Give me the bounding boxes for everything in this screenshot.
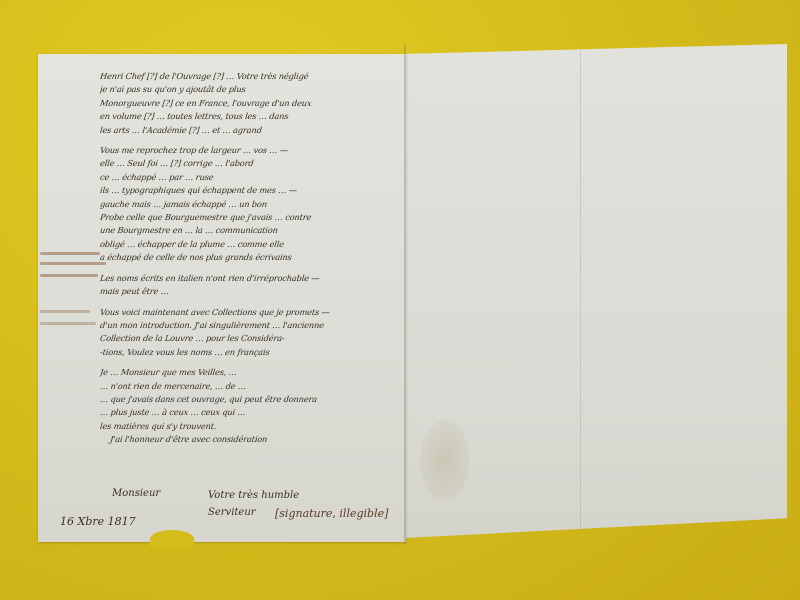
letter-line: Les noms écrits en italien n'ont rien d'… [99, 272, 400, 285]
center-fold [404, 44, 406, 544]
letter-line: une Bourgmestre en … la … communication [99, 224, 400, 237]
letter-line: mais peut être … [99, 285, 400, 298]
salutation: Monsieur [112, 488, 160, 499]
letter-line: obligé … échapper de la plume … comme el… [99, 238, 400, 251]
letter-line: a échappé de celle de nos plus grands éc… [99, 251, 400, 264]
paper-crease [580, 50, 581, 530]
letter-line: les matières qui s'y trouvent. [99, 420, 400, 433]
letter-line: Collection de la Louvre … pour les Consi… [99, 332, 400, 345]
letter-line: Je … Monsieur que mes Veilles, … [99, 366, 400, 379]
letter-line: J'ai l'honneur d'être avec considération [99, 433, 400, 446]
letter-line: Probe celle que Bourguemestre que j'avai… [99, 211, 400, 224]
closing-line: Serviteur [208, 507, 256, 518]
letter-line: je n'ai pas su qu'on y ajoutât de plus [99, 83, 400, 96]
bleed-through-mark [40, 322, 96, 325]
signature: [signature, illegible] [275, 507, 388, 520]
letter-body: Henri Chef [?] de l'Ouvrage [?] … Votre … [100, 70, 400, 447]
bleed-through-mark [40, 310, 90, 313]
letter-line: ils … typographiques qui échappent de me… [99, 184, 400, 197]
torn-corner [150, 530, 194, 548]
letter-line: les arts … l'Académie [?] … et … agrand [99, 124, 400, 137]
letter-line: Vous voici maintenant avec Collections q… [99, 306, 400, 319]
letter-line: d'un mon introduction. J'ai singulièreme… [99, 319, 400, 332]
letter-line: elle … Seul foi … [?] corrige … l'abord [99, 157, 400, 170]
paper-stain [420, 420, 470, 500]
letter-line: … n'ont rien de mercenaire, … de … [99, 380, 400, 393]
letter-line: … que j'avais dans cet ouvrage, qui peut… [99, 393, 400, 406]
letter-line: Henri Chef [?] de l'Ouvrage [?] … Votre … [99, 70, 400, 83]
letter-line: … plus juste … à ceux … ceux qui … [99, 406, 400, 419]
bleed-through-mark [40, 262, 106, 265]
bleed-through-mark [40, 274, 98, 277]
bleed-through-mark [40, 252, 100, 255]
closing-line: Votre très humble [208, 490, 299, 501]
letter-date: 16 Xbre 1817 [60, 515, 136, 528]
letter-line: en volume [?] … toutes lettres, tous les… [99, 110, 400, 123]
letter-line: Monorgueuvre [?] ce en France, l'ouvrage… [99, 97, 400, 110]
letter-line: gauche mais … jamais échappé … un bon [99, 198, 400, 211]
letter-line: Vous me reprochez trop de largeur … vos … [99, 144, 400, 157]
letter-line: -tions, Voulez vous les noms … en frança… [99, 346, 400, 359]
letter-line: ce … échappé … par … ruse [99, 171, 400, 184]
